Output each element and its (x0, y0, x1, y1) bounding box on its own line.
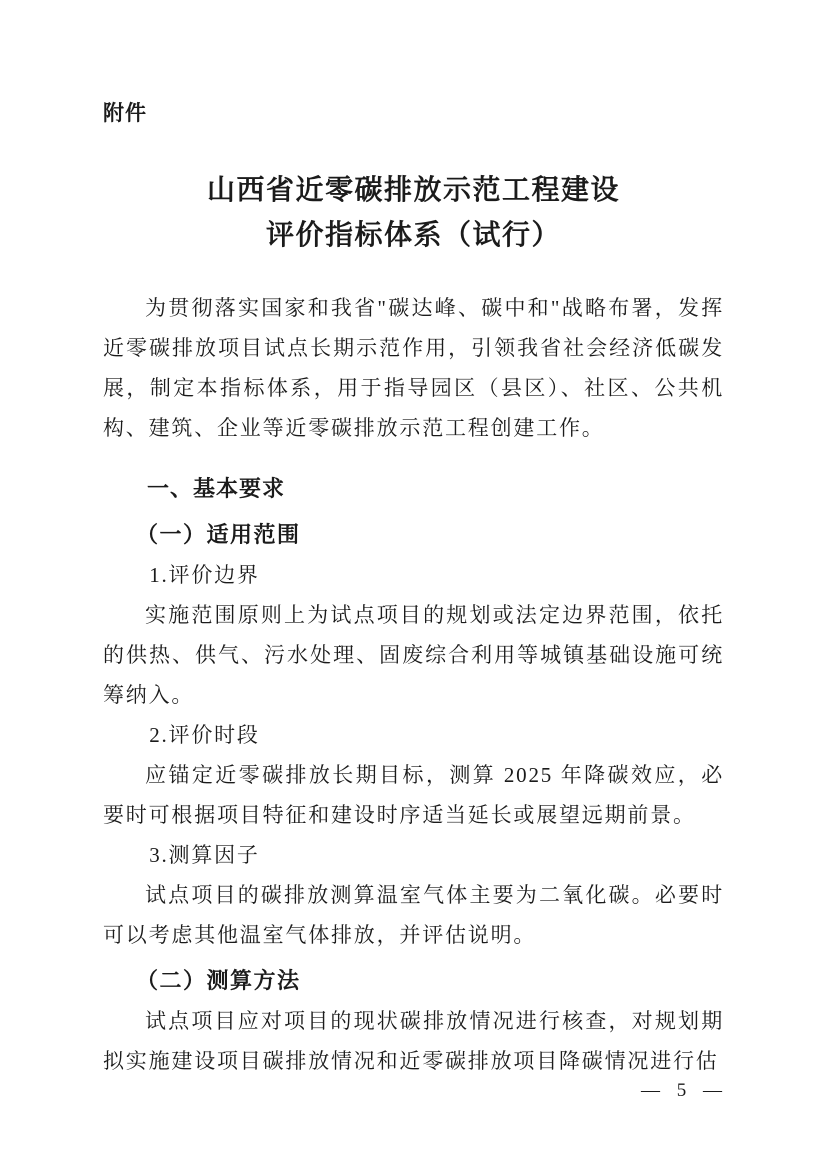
section-1-heading: 一、基本要求 (103, 469, 724, 509)
document-title: 山西省近零碳排放示范工程建设 评价指标体系（试行） (103, 168, 724, 258)
subsection-2-heading: （二）测算方法 (103, 961, 724, 1001)
item-3-body: 试点项目的碳排放测算温室气体主要为二氧化碳。必要时可以考虑其他温室气体排放，并评… (103, 875, 724, 955)
item-1-body: 实施范围原则上为试点项目的规划或法定边界范围，依托的供热、供气、污水处理、固废综… (103, 595, 724, 715)
item-2-title: 2.评价时段 (103, 715, 724, 755)
document-title-line-1: 山西省近零碳排放示范工程建设 (103, 168, 724, 213)
item-1-title: 1.评价边界 (103, 555, 724, 595)
document-content: 附件 山西省近零碳排放示范工程建设 评价指标体系（试行） 为贯彻落实国家和我省"… (103, 0, 724, 1081)
item-3-title: 3.测算因子 (103, 835, 724, 875)
subsection-1-heading: （一）适用范围 (103, 515, 724, 555)
document-title-line-2: 评价指标体系（试行） (103, 213, 724, 258)
document-page: 附件 山西省近零碳排放示范工程建设 评价指标体系（试行） 为贯彻落实国家和我省"… (0, 0, 826, 1169)
intro-paragraph: 为贯彻落实国家和我省"碳达峰、碳中和"战略布署，发挥近零碳排放项目试点长期示范作… (103, 288, 724, 448)
attachment-label: 附件 (103, 100, 724, 128)
item-2-body: 应锚定近零碳排放长期目标，测算 2025 年降碳效应，必要时可根据项目特征和建设… (103, 755, 724, 835)
page-number: — 5 — (641, 1078, 722, 1104)
subsection-2-body: 试点项目应对项目的现状碳排放情况进行核查，对规划期拟实施建设项目碳排放情况和近零… (103, 1001, 724, 1081)
